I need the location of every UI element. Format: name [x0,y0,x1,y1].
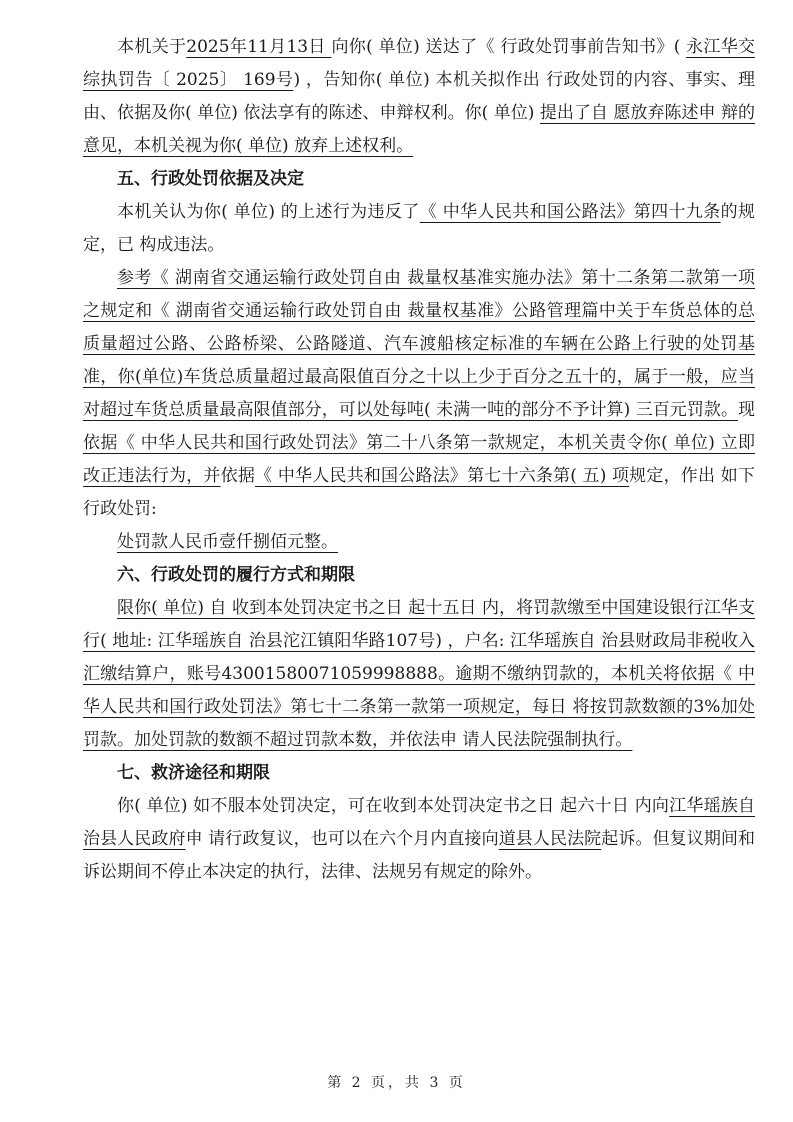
text-run: 你( 单位) 如不服本处罚决定，可在收到本处罚决定书之日 起六十日 内向 [117,796,669,816]
paragraph-remedies: 你( 单位) 如不服本处罚决定，可在收到本处罚决定书之日 起六十日 内向江华瑶族… [83,790,755,889]
section-heading-5: 五、行政处罚依据及决定 [83,163,755,196]
text-run: 本机关认为你( 单位) 的上述行为违反了 [117,202,420,222]
underlined-court-name: 道县人民法院 [499,829,602,849]
text-run: 向你( 单位) 送达了《 行政处罚事前告知书》( [331,37,686,57]
text-run: 申 请行政复议，也可以在六个月内直接向 [186,829,499,849]
paragraph-penalty-basis: 参考《 湖南省交通运输行政处罚自由 裁量权基准实施办法》第十二条第二款第一项之规… [83,262,755,526]
paragraph-payment-method: 限你( 单位) 自 收到本处罚决定书之日 起十五日 内，将罚款缴至中国建设银行江… [83,592,755,757]
underlined-law-reference: 《 中华人民共和国公路法》第四十九条 [420,202,721,222]
paragraph-violation: 本机关认为你( 单位) 的上述行为违反了《 中华人民共和国公路法》第四十九条的规… [83,196,755,262]
underlined-fine-amount: 处罚款人民币壹仟捌佰元整。 [117,532,338,552]
text-run: 依据 [221,466,255,486]
text-run: 现 [738,400,755,420]
paragraph-fine-amount: 处罚款人民币壹仟捌佰元整。 [83,526,755,559]
underlined-payment-details: 限你( 单位) 自 收到本处罚决定书之日 起十五日 内，将罚款缴至中国建设银行江… [83,598,755,750]
text-run: 本机关于 [117,37,186,57]
section-heading-6: 六、行政处罚的履行方式和期限 [83,559,755,592]
underlined-date: 2025年11月13日 [186,37,331,57]
paragraph-notice-delivery: 本机关于2025年11月13日 向你( 单位) 送达了《 行政处罚事前告知书》(… [83,31,755,163]
page-number-footer: 第 2 页，共 3 页 [0,1072,793,1092]
underlined-discretion-standard: 参考《 湖南省交通运输行政处罚自由 裁量权基准实施办法》第十二条第二款第一项之规… [83,268,755,420]
document-body: 本机关于2025年11月13日 向你( 单位) 送达了《 行政处罚事前告知书》(… [83,31,755,889]
section-heading-7: 七、救济途径和期限 [83,757,755,790]
underlined-highway-law-article: 《 中华人民共和国公路法》第七十六条第( 五) 项 [255,466,629,486]
